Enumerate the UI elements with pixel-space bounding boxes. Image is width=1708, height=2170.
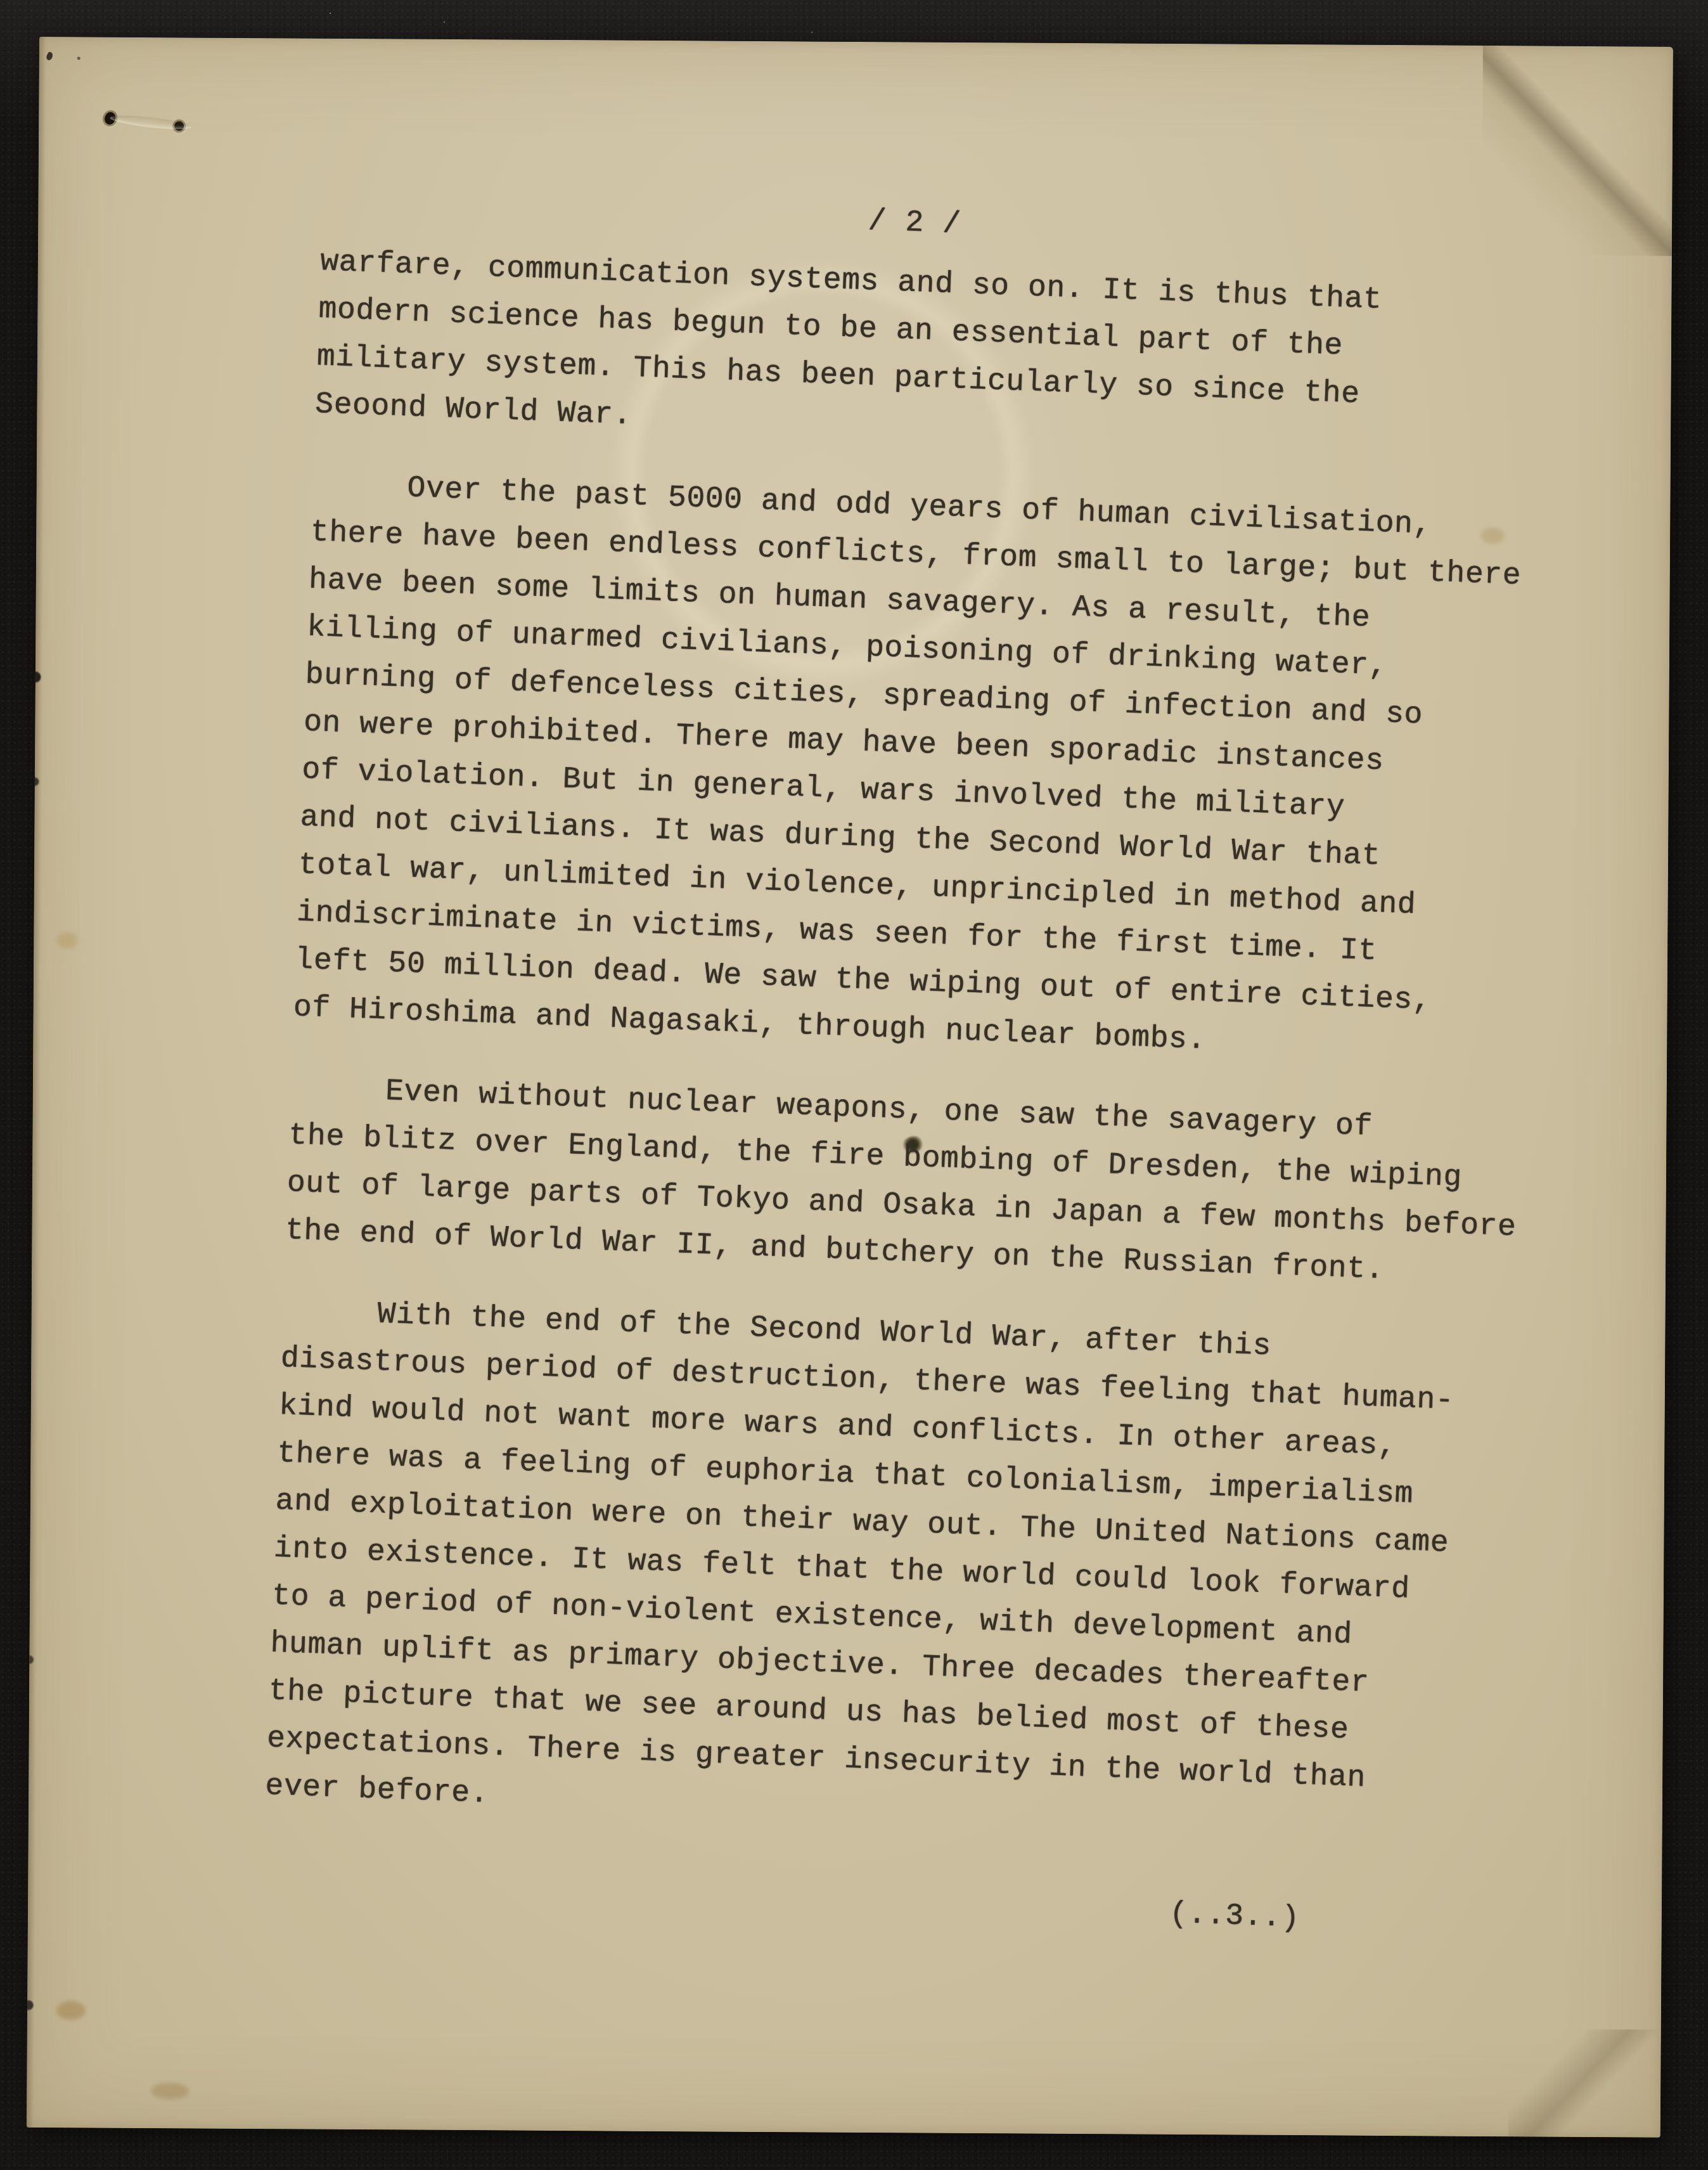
- age-stain: [151, 2083, 189, 2099]
- age-stain: [56, 2001, 86, 2020]
- paragraph: With the end of the Second World War, af…: [264, 1288, 1556, 1856]
- paragraph: Even without nuclear weapons, one saw th…: [285, 1064, 1565, 1300]
- corner-crease-bottom-right: [1508, 2029, 1661, 2137]
- torn-left-edge: [27, 37, 49, 2128]
- scanner-background: / 2 / warfare, communication systems and…: [0, 0, 1708, 2170]
- scanned-page: / 2 / warfare, communication systems and…: [27, 37, 1673, 2138]
- paper-crease-mark: [110, 113, 193, 132]
- ink-speck: [77, 56, 80, 60]
- paragraph: warfare, communication systems and so on…: [314, 238, 1595, 474]
- age-stain: [56, 932, 78, 948]
- typed-text-layer: / 2 / warfare, communication systems and…: [261, 178, 1596, 1951]
- paragraph: Over the past 5000 and odd years of huma…: [292, 462, 1586, 1078]
- continuation-mark: (..3..): [261, 1857, 1536, 1951]
- dust-specks: [330, 13, 331, 14]
